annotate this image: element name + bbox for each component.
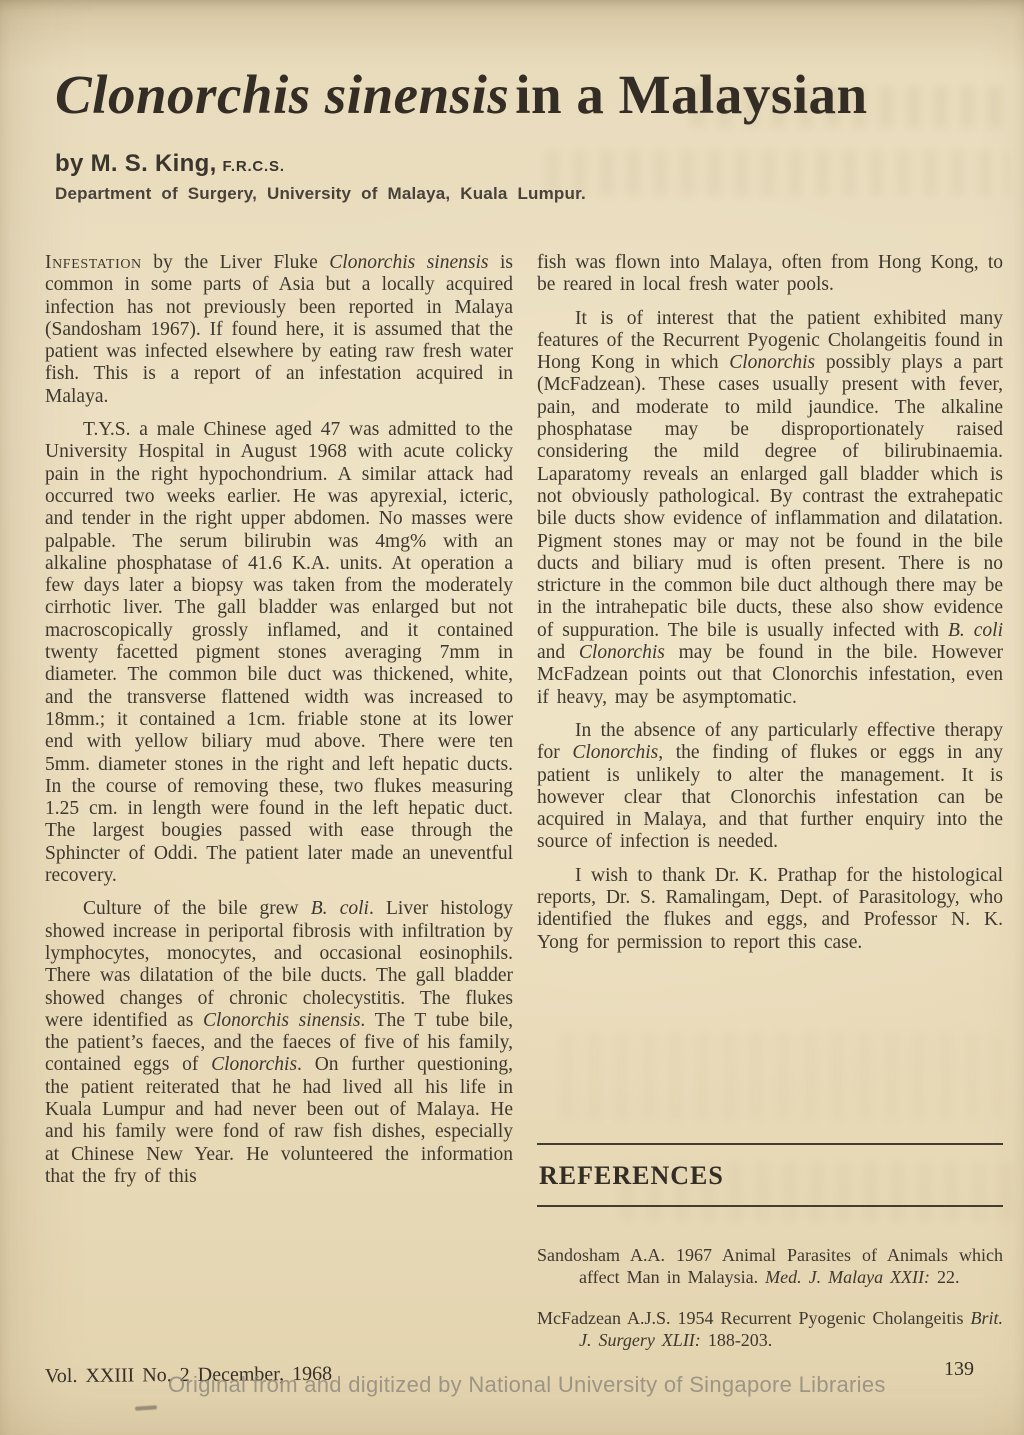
- author-affiliation: Department of Surgery, University of Mal…: [55, 184, 995, 204]
- reference-entry: McFadzean A.J.S. 1954 Recurrent Pyogenic…: [537, 1308, 1003, 1351]
- article-title-rest: in a Malaysian: [515, 64, 867, 125]
- paragraph: Culture of the bile grew B. coli. Liver …: [45, 898, 513, 1188]
- paragraph: It is of interest that the patient exhib…: [537, 308, 1003, 709]
- references-rule-top: [537, 1143, 1003, 1145]
- article-title-species: Clonorchis sinensis: [55, 64, 509, 125]
- author-name: by M. S. King,: [55, 150, 217, 177]
- left-column: Infestation by the Liver Fluke Clonorchi…: [45, 252, 513, 1199]
- paragraph: I wish to thank Dr. K. Prathap for the h…: [537, 865, 1003, 954]
- article-header: Clonorchis sinensisin a Malaysian by M. …: [55, 66, 995, 204]
- references-heading: REFERENCES: [539, 1161, 1003, 1191]
- article-title: Clonorchis sinensisin a Malaysian: [55, 66, 995, 124]
- paragraph: In the absence of any particularly effec…: [537, 720, 1003, 854]
- references-list: Sandosham A.A. 1967 Animal Parasites of …: [537, 1245, 1003, 1351]
- pencil-mark: [135, 1405, 157, 1411]
- journal-page: Clonorchis sinensisin a Malaysian by M. …: [0, 0, 1024, 1435]
- author-credentials: F.R.C.S.: [223, 158, 285, 175]
- paragraph: T.Y.S. a male Chinese aged 47 was admitt…: [45, 419, 513, 887]
- byline: by M. S. King,F.R.C.S.: [55, 150, 995, 178]
- library-watermark: Original from and digitized by National …: [168, 1372, 886, 1398]
- references-rule-bottom: [537, 1205, 1003, 1207]
- paragraph: Infestation by the Liver Fluke Clonorchi…: [45, 252, 513, 408]
- reference-entry: Sandosham A.A. 1967 Animal Parasites of …: [537, 1245, 1003, 1288]
- right-column: fish was flown into Malaya, often from H…: [537, 252, 1003, 965]
- show-through-artifact: [560, 1032, 1000, 1120]
- page-number: 139: [944, 1358, 974, 1381]
- references-section: REFERENCES Sandosham A.A. 1967 Animal Pa…: [537, 1143, 1003, 1371]
- paragraph: fish was flown into Malaya, often from H…: [537, 252, 1003, 297]
